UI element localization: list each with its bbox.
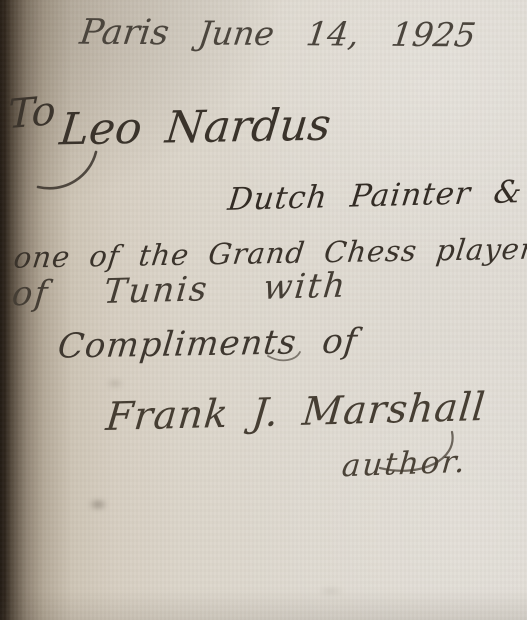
inscription-description-line-3: of Tunis with [10,266,349,315]
marshall-descender-flourish [380,432,453,471]
handwriting-flourish-strokes [0,0,527,620]
leo-capital-flourish [38,152,96,188]
inscription-date: June 14, 1925 [196,13,478,54]
inscription-date-line: ParisJune 14, 1925 [77,13,478,56]
inscription-place: Paris [77,13,171,54]
inscription-description-line-1: Dutch Painter & [226,174,524,218]
inscription-closing-line: Compliments of [56,321,360,366]
ink-smudge [88,498,108,511]
inscription-salutation: To [8,88,56,138]
paper-smudge [106,378,124,389]
paper-texture [0,0,527,620]
inscription-recipient-name: Leo Nardus [57,100,333,156]
inscription-description-line-2: one of the Grand Chess players [12,231,527,274]
inscription-signature: Frank J. Marshall [104,385,488,440]
paper-smudge [318,586,344,596]
compliments-tail-flourish [268,352,300,360]
inscription-signature-title: author. [340,444,468,484]
book-page-photo: ParisJune 14, 1925 To Leo Nardus Dutch P… [0,0,527,620]
